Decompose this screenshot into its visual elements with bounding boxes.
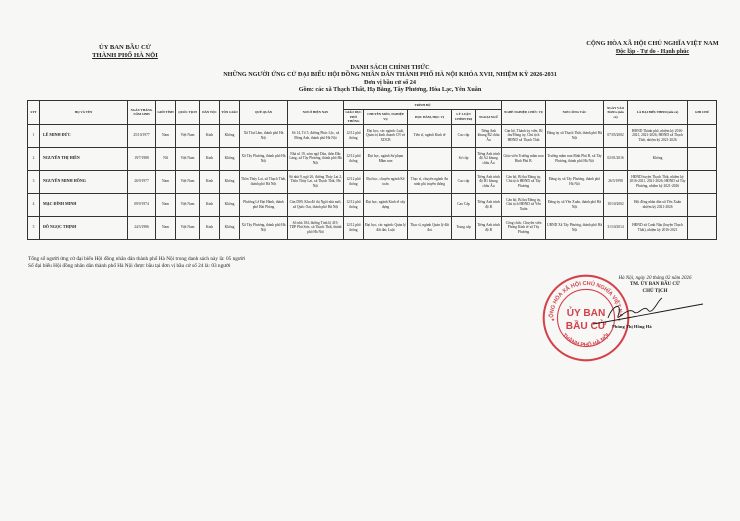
cell-delegate: Không xyxy=(628,147,688,170)
header-delegate: LÀ ĐẠI BIỂU HĐND (nếu có) xyxy=(628,101,688,125)
header-residence: NƠI Ở HIỆN NAY xyxy=(288,101,344,125)
header-education-group: TRÌNH ĐỘ xyxy=(344,101,502,110)
cell-hometown: Xã Thư Lâm, thành phố Hà Nội xyxy=(240,124,288,147)
cell-party-date: 07/05/2002 xyxy=(604,124,628,147)
country-name: CỘNG HÒA XÃ HỘI CHỦ NGHĨA VIỆT NAM xyxy=(570,40,735,48)
cell-name: LÊ MINH ĐỨC xyxy=(40,124,128,147)
cell-residence: Số nhà 9, ngõ 26, đường Thúy Lai 2, Thôn… xyxy=(288,170,344,193)
cell-stt: 2 xyxy=(28,147,40,170)
cell-specialty: Đại học, chuyên ngành Kế toán xyxy=(364,170,408,193)
cell-residence: Số nhà 184, đường Tỉnh lộ 419, TDP Phú S… xyxy=(288,216,344,239)
cell-degree xyxy=(408,193,452,216)
cell-dob: 26/9/1977 xyxy=(128,170,156,193)
cell-occupation: Cán bộ, Bí thư Đảng ủy, Chủ tịch HĐND xã… xyxy=(502,170,546,193)
title-line-3: Đơn vị bầu cử số 24 xyxy=(160,79,620,86)
header-occupation: NGHỀ NGHIỆP, CHỨC VỤ xyxy=(502,101,546,125)
cell-workplace: Đảng ủy xã Thạch Thất, thành phố Hà Nội xyxy=(546,124,604,147)
cell-language: Tiếng Anh khung B2 châu Âu xyxy=(476,124,502,147)
signature-icon xyxy=(588,294,708,328)
cell-occupation: Cán bộ, Bí thư Đảng ủy, Chủ tịch HĐND xã… xyxy=(502,193,546,216)
cell-delegate: Hội đồng nhân dân xã Yên Xuân nhiệm kỳ 2… xyxy=(628,193,688,216)
motto: Độc lập - Tự do - Hạnh phúc xyxy=(570,48,735,56)
header-language: NGOẠI NGỮ xyxy=(476,110,502,125)
header-party-date: NGÀY VÀO ĐẢNG (nếu có) xyxy=(604,101,628,125)
elected-count-note: Số đại biểu Hội đồng nhân dân thành phố … xyxy=(28,263,245,270)
table-row: 5ĐỖ NGỌC THỊNH24/3/1986NamViệt NamKinhKh… xyxy=(28,216,717,239)
cell-gender: Nữ xyxy=(156,147,176,170)
header-ethnicity: DÂN TỘC xyxy=(200,101,220,125)
national-motto: CỘNG HÒA XÃ HỘI CHỦ NGHĨA VIỆT NAM Độc l… xyxy=(570,40,735,56)
cell-religion: Không xyxy=(220,147,240,170)
cell-degree: Tiến sĩ, ngành Kinh tế xyxy=(408,124,452,147)
cell-hometown: Xã Tây Phương, thành phố Hà Nội xyxy=(240,147,288,170)
cell-ethnicity: Kinh xyxy=(200,147,220,170)
cell-specialty: Đại học, các ngành: Luật, Quản trị kinh … xyxy=(364,124,408,147)
header-note: GHI CHÚ xyxy=(688,101,717,125)
cell-religion: Không xyxy=(220,124,240,147)
cell-party-date: 26/5/1998 xyxy=(604,170,628,193)
table-row: 2NGUYỄN THỊ HIỀN19/7/1988NữViệt NamKinhK… xyxy=(28,147,717,170)
org-line-1: ỦY BAN BẦU CỬ xyxy=(60,44,190,52)
cell-religion: Không xyxy=(220,193,240,216)
cell-political: Sơ cấp xyxy=(452,147,476,170)
header-name: HỌ VÀ TÊN xyxy=(40,101,128,125)
cell-occupation: Cán bộ, Thành ủy viên, Bí thư Đảng ủy, C… xyxy=(502,124,546,147)
org-line-2: THÀNH PHỐ HÀ NỘI xyxy=(60,52,190,60)
cell-occupation: Công chức, Chuyên viên Phòng Kinh tế xã … xyxy=(502,216,546,239)
header-hometown: QUÊ QUÁN xyxy=(240,101,288,125)
cell-nationality: Việt Nam xyxy=(176,193,200,216)
cell-gender: Nam xyxy=(156,216,176,239)
cell-delegate: HĐND huyện Thạch Thất, nhiệm kỳ 2016-202… xyxy=(628,170,688,193)
cell-gender: Nam xyxy=(156,124,176,147)
cell-dob: 09/9/1974 xyxy=(128,193,156,216)
cell-note xyxy=(688,147,717,170)
cell-name: NGUYỄN THỊ HIỀN xyxy=(40,147,128,170)
cell-degree xyxy=(408,147,452,170)
cell-workplace: UBND Xã Tây Phương, thành phố Hà Nội xyxy=(546,216,604,239)
cell-gender: Nam xyxy=(156,193,176,216)
cell-delegate: HĐND xã Canh Nậu (huyện Thạch Thất), nhi… xyxy=(628,216,688,239)
cell-specialty: Đại học, ngành Kinh tế xây dựng xyxy=(364,193,408,216)
cell-language: Tiếng Anh trình độ B xyxy=(476,216,502,239)
cell-workplace: Đảng ủy xã Tây Phương, thành phố Hà Nội xyxy=(546,170,604,193)
header-general-edu: GIÁO DỤC PHỔ THÔNG xyxy=(344,110,364,125)
cell-party-date: 31/10/2014 xyxy=(604,216,628,239)
cell-name: ĐỖ NGỌC THỊNH xyxy=(40,216,128,239)
cell-name: NGUYỄN MINH HỒNG xyxy=(40,170,128,193)
cell-ethnicity: Kinh xyxy=(200,193,220,216)
cell-general-edu: 12/12 phổ thông xyxy=(344,147,364,170)
cell-religion: Không xyxy=(220,170,240,193)
table-row: 4MẠC ĐÌNH MINH09/9/1974NamViệt NamKinhKh… xyxy=(28,193,717,216)
cell-party-date: 10/10/2002 xyxy=(604,193,628,216)
issuing-organization: ỦY BAN BẦU CỬ THÀNH PHỐ HÀ NỘI xyxy=(60,44,190,60)
header-nationality: QUỐC TỊCH xyxy=(176,101,200,125)
cell-note xyxy=(688,193,717,216)
cell-stt: 4 xyxy=(28,193,40,216)
cell-delegate: HĐND Thành phố, nhiệm kỳ 2016-2021, 2021… xyxy=(628,124,688,147)
cell-general-edu: 12/12 phổ thông xyxy=(344,193,364,216)
cell-note xyxy=(688,124,717,147)
cell-stt: 5 xyxy=(28,216,40,239)
cell-workplace: Đảng ủy xã Yên Xuân, thành phố Hà Nội xyxy=(546,193,604,216)
svg-text:THÀNH PHỐ HÀ NỘI: THÀNH PHỐ HÀ NỘI xyxy=(561,332,612,349)
header-workplace: NƠI CÔNG TÁC xyxy=(546,101,604,125)
cell-political: Cao cấp xyxy=(452,124,476,147)
cell-language: Tiếng Anh trình độ B1 khung châu Âu xyxy=(476,170,502,193)
cell-political: Cao Cấp xyxy=(452,193,476,216)
cell-gender: Nam xyxy=(156,170,176,193)
cell-residence: Căn D09, Khu đô thị Ngôi nhà mới, xã Quố… xyxy=(288,193,344,216)
cell-occupation: Giáo viên Trường mầm non Bình Phú B. xyxy=(502,147,546,170)
cell-party-date: 02/01/2016 xyxy=(604,147,628,170)
header-stt: STT xyxy=(28,101,40,125)
cell-religion: Không xyxy=(220,216,240,239)
cell-note xyxy=(688,170,717,193)
cell-specialty: Đại học, các ngành: Quản lý đất đai; Luậ… xyxy=(364,216,408,239)
cell-note xyxy=(688,216,717,239)
table-row: 1LÊ MINH ĐỨC25/10/1977NamViệt NamKinhKhô… xyxy=(28,124,717,147)
cell-dob: 25/10/1977 xyxy=(128,124,156,147)
signer-name: Phùng Thị Hồng Hà xyxy=(612,324,652,329)
cell-nationality: Việt Nam xyxy=(176,147,200,170)
cell-workplace: Trường mầm non Bình Phú B, xã Tây Phương… xyxy=(546,147,604,170)
summary-notes: Tổng số người ứng cử đại biểu Hội đồng n… xyxy=(28,256,245,270)
candidate-table: STT HỌ VÀ TÊN NGÀY THÁNG NĂM SINH GIỚI T… xyxy=(27,100,717,240)
header-political: LÝ LUẬN CHÍNH TRỊ xyxy=(452,110,476,125)
candidate-rows: 1LÊ MINH ĐỨC25/10/1977NamViệt NamKinhKhô… xyxy=(28,124,717,239)
cell-ethnicity: Kinh xyxy=(200,124,220,147)
cell-nationality: Việt Nam xyxy=(176,124,200,147)
cell-degree: Thạc sĩ, ngành Quản lý đất đai xyxy=(408,216,452,239)
cell-nationality: Việt Nam xyxy=(176,216,200,239)
table-row: 3NGUYỄN MINH HỒNG26/9/1977NamViệt NamKin… xyxy=(28,170,717,193)
cell-language: Tiếng Anh trình độ A2 khung châu Âu xyxy=(476,147,502,170)
cell-dob: 19/7/1988 xyxy=(128,147,156,170)
cell-name: MẠC ĐÌNH MINH xyxy=(40,193,128,216)
title-line-2: NHỮNG NGƯỜI ỨNG CỬ ĐẠI BIỂU HỘI ĐỒNG NHÂ… xyxy=(160,71,620,78)
cell-hometown: Thôn Thúy Lai, xã Thạch Thất, thành phố … xyxy=(240,170,288,193)
cell-hometown: Xã Tây Phương, thành phố Hà Nội xyxy=(240,216,288,239)
header-dob: NGÀY THÁNG NĂM SINH xyxy=(128,101,156,125)
cell-stt: 1 xyxy=(28,124,40,147)
cell-specialty: Đại học, ngành Sư phạm Mầm non xyxy=(364,147,408,170)
cell-general-edu: 12/12 phổ thông xyxy=(344,216,364,239)
cell-general-edu: 12/12 phổ thông xyxy=(344,124,364,147)
document-title: DANH SÁCH CHÍNH THỨC NHỮNG NGƯỜI ỨNG CỬ … xyxy=(160,64,620,94)
title-line-4: Gồm: các xã Thạch Thất, Hạ Bằng, Tây Phư… xyxy=(160,86,620,93)
cell-nationality: Việt Nam xyxy=(176,170,200,193)
cell-hometown: Phường Lê Đại Hành, thành phố Hải Phòng xyxy=(240,193,288,216)
cell-stt: 3 xyxy=(28,170,40,193)
cell-residence: Số 14, Tổ 5, đường Phúc Lộc, xã Đông Anh… xyxy=(288,124,344,147)
cell-residence: Nhà số 19, xóm ngõ Dùa, thôn Đắc Làng, x… xyxy=(288,147,344,170)
svg-text:★: ★ xyxy=(551,317,556,322)
cell-degree: Thạc sĩ, chuyên ngành An ninh phi truyền… xyxy=(408,170,452,193)
header-gender: GIỚI TÍNH xyxy=(156,101,176,125)
header-degree: HỌC HÀM, HỌC VỊ xyxy=(408,110,452,125)
signature-block: Hà Nội, ngày 20 tháng 02 năm 2026 TM. ỦY… xyxy=(585,276,725,295)
cell-ethnicity: Kinh xyxy=(200,216,220,239)
cell-ethnicity: Kinh xyxy=(200,170,220,193)
header-religion: TÔN GIÁO xyxy=(220,101,240,125)
cell-dob: 24/3/1986 xyxy=(128,216,156,239)
cell-language: Tiếng Anh trình độ B xyxy=(476,193,502,216)
total-candidates-note: Tổng số người ứng cử đại biểu Hội đồng n… xyxy=(28,256,245,263)
header-specialty: CHUYÊN MÔN, NGHIỆP VỤ xyxy=(364,110,408,125)
document-page: ỦY BAN BẦU CỬ THÀNH PHỐ HÀ NỘI CỘNG HÒA … xyxy=(0,0,740,521)
cell-political: Trung cấp xyxy=(452,216,476,239)
cell-political: Cao cấp xyxy=(452,170,476,193)
cell-general-edu: 12/12 phổ thông xyxy=(344,170,364,193)
